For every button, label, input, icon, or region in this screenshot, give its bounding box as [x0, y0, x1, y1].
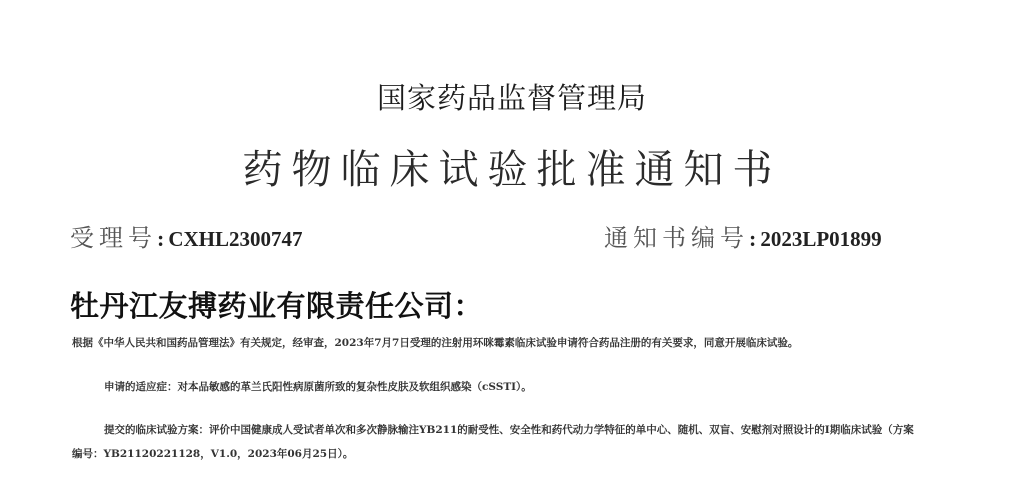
notice-number-separator: :	[749, 226, 756, 252]
paragraph-legal-basis: 根据《中华人民共和国药品管理法》有关规定，经审查，2023年7月7日受理的注射用…	[72, 331, 798, 355]
notice-number-value: 2023LP01899	[760, 227, 881, 252]
acceptance-number-label: 受理号	[70, 218, 157, 253]
acceptance-number-value: CXHL2300747	[168, 227, 302, 252]
issuing-agency: 国家药品监督管理局	[0, 76, 1024, 117]
paragraph-indication: 申请的适应症：对本品敏感的革兰氏阳性病原菌所致的复杂性皮肤及软组织感染（cSST…	[104, 375, 532, 399]
document-title: 药物临床试验批准通知书	[0, 138, 1024, 195]
recipient-company: 牡丹江友搏药业有限责任公司：	[70, 284, 483, 325]
paragraph-trial-plan-continued: 编号：YB21120221128，V1.0，2023年06月25日）。	[72, 442, 353, 466]
acceptance-number-separator: :	[157, 226, 164, 252]
notice-number-field: 通知书编号 : 2023LP01899	[604, 218, 882, 253]
acceptance-number-field: 受理号 : CXHL2300747	[70, 218, 303, 253]
notice-number-label: 通知书编号	[604, 218, 749, 253]
approval-notice-document: 国家药品监督管理局 药物临床试验批准通知书 受理号 : CXHL2300747 …	[0, 0, 1024, 485]
paragraph-trial-plan: 提交的临床试验方案：评价中国健康成人受试者单次和多次静脉输注YB211的耐受性、…	[104, 418, 914, 442]
